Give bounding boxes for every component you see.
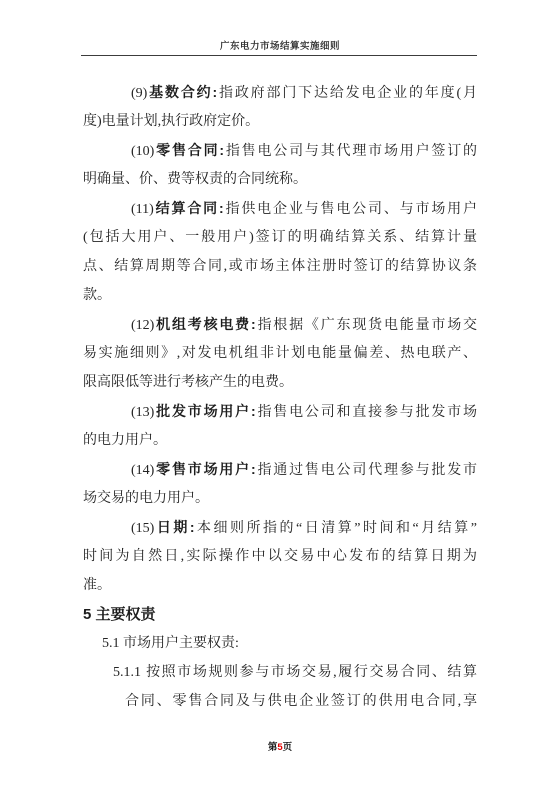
text-segment: (15) [131,521,154,536]
text-line: 5.1 市场用户主要权责: [83,629,477,658]
text-line: 5 主要权责 [83,600,477,629]
document-page: 广东电力市场结算实施细则 (9)基数合约:指政府部门下达给发电企业的年度(月度)… [0,0,560,791]
text-line: (11)结算合同:指供电企业与售电公司、与市场用户 [83,194,477,223]
document-body: (9)基数合约:指政府部门下达给发电企业的年度(月度)电量计划,执行政府定价。(… [83,78,477,716]
text-segment: 的电力用户。 [83,433,167,448]
header-rule [81,55,477,56]
text-segment: (11) [131,202,154,217]
defined-term: 零售市场用户: [154,461,255,477]
text-line: (9)基数合约:指政府部门下达给发电企业的年度(月 [83,78,477,107]
footer-prefix: 第 [268,742,278,753]
text-segment: (9) [131,86,147,101]
page-footer: 第5页 [0,739,560,753]
text-segment: 指售电公司和直接参与批发市场 [256,405,477,420]
defined-term: 日期: [154,519,194,535]
text-line: 准。 [83,571,477,600]
text-segment: 准。 [83,578,111,593]
text-segment: (12) [131,318,154,333]
text-segment: 指供电企业与售电公司、与市场用户 [224,202,477,217]
text-segment: 点、结算周期等合同,或市场主体注册时签订的结算协议条 [83,259,477,274]
text-segment: 5.1 市场用户主要权责: [102,636,239,651]
defined-term: 结算合同: [154,200,224,216]
text-line: (10)零售合同:指售电公司与其代理市场用户签订的 [83,136,477,165]
text-segment: 场交易的电力用户。 [83,491,209,506]
text-segment: 指通过售电公司代理参与批发市 [256,463,477,478]
page-header-title: 广东电力市场结算实施细则 [83,38,477,52]
text-line: (13)批发市场用户:指售电公司和直接参与批发市场 [83,397,477,426]
defined-term: 5 主要权责 [83,606,156,623]
footer-suffix: 页 [283,742,293,753]
text-segment: (13) [131,405,154,420]
defined-term: 机组考核电费: [154,316,255,332]
text-line: (15)日期:本细则所指的“日清算”时间和“月结算” [83,513,477,542]
text-line: 易实施细则》,对发电机组非计划电能量偏差、热电联产、 [83,339,477,368]
text-line: (包括大用户、一般用户)签订的明确结算关系、结算计量 [83,223,477,252]
text-line: 明确量、价、费等权责的合同统称。 [83,165,477,194]
text-line: 款。 [83,281,477,310]
text-segment: 时间为自然日,实际操作中以交易中心发布的结算日期为 [83,549,477,564]
text-segment: 限高限低等进行考核产生的电费。 [83,375,293,390]
text-line: 点、结算周期等合同,或市场主体注册时签订的结算协议条 [83,252,477,281]
text-line: (14)零售市场用户:指通过售电公司代理参与批发市 [83,455,477,484]
text-line: 5.1.1 按照市场规则参与市场交易,履行交易合同、结算 [83,658,477,687]
text-line: 限高限低等进行考核产生的电费。 [83,368,477,397]
text-segment: 本细则所指的“日清算”时间和“月结算” [195,521,477,536]
text-segment: 5.1.1 按照市场规则参与市场交易,履行交易合同、结算 [113,665,477,680]
defined-term: 批发市场用户: [154,403,255,419]
text-segment: (10) [131,144,154,159]
text-segment: (包括大用户、一般用户)签订的明确结算关系、结算计量 [83,230,477,245]
defined-term: 零售合同: [154,142,224,158]
text-line: 合同、零售合同及与供电企业签订的供用电合同,享 [83,687,477,716]
text-segment: 合同、零售合同及与供电企业签订的供用电合同,享 [125,694,477,709]
text-segment: 指售电公司与其代理市场用户签订的 [224,144,477,159]
text-segment: 款。 [83,288,111,303]
text-line: 的电力用户。 [83,426,477,455]
text-segment: 易实施细则》,对发电机组非计划电能量偏差、热电联产、 [83,346,477,361]
defined-term: 基数合约: [147,84,217,100]
text-segment: 明确量、价、费等权责的合同统称。 [83,172,307,187]
text-line: 度)电量计划,执行政府定价。 [83,107,477,136]
text-segment: (14) [131,463,154,478]
text-segment: 度)电量计划,执行政府定价。 [83,114,259,129]
text-line: (12)机组考核电费:指根据《广东现货电能量市场交 [83,310,477,339]
text-segment: 指根据《广东现货电能量市场交 [256,318,477,333]
text-line: 时间为自然日,实际操作中以交易中心发布的结算日期为 [83,542,477,571]
text-segment: 指政府部门下达给发电企业的年度(月 [217,86,477,101]
text-line: 场交易的电力用户。 [83,484,477,513]
